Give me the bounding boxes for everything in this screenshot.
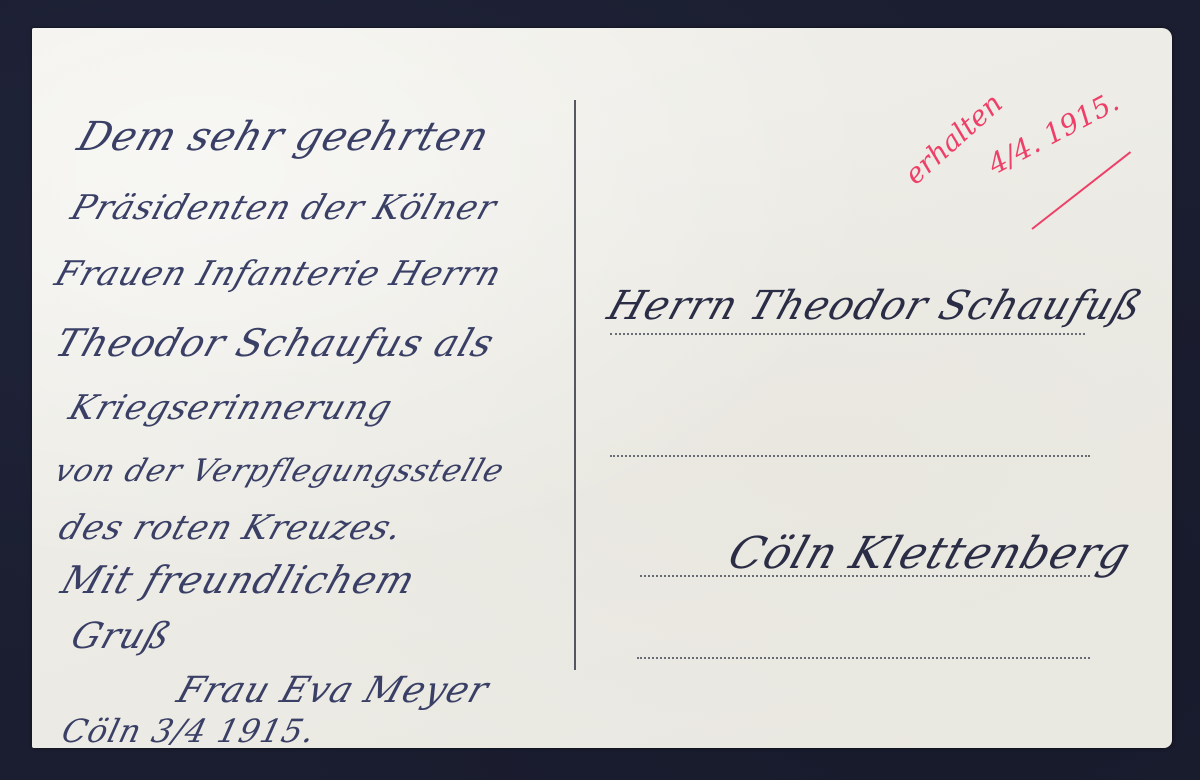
message-line: Kriegserinnerung bbox=[64, 388, 398, 428]
postcard: Dem sehr geehrten Präsidenten der Kölner… bbox=[32, 28, 1172, 748]
message-line: von der Verpflegungsstelle bbox=[50, 453, 509, 489]
message-line: Gruß bbox=[66, 616, 177, 657]
message-line: Frauen Infanterie Herrn bbox=[50, 254, 507, 294]
message-line: des roten Kreuzes. bbox=[54, 508, 408, 548]
address-dotted-line-1 bbox=[610, 333, 1085, 335]
address-city: Cöln Klettenberg bbox=[722, 528, 1137, 579]
message-line: Theodor Schaufus als bbox=[50, 321, 500, 365]
address-recipient: Herrn Theodor Schaufuß bbox=[602, 283, 1148, 329]
received-note-date: 4/4. 1915. bbox=[983, 85, 1125, 181]
message-line: Dem sehr geehrten bbox=[72, 114, 495, 160]
place-date: Cöln 3/4 1915. bbox=[58, 712, 320, 750]
address-dotted-line-2 bbox=[610, 455, 1090, 457]
postcard-divider-line bbox=[574, 100, 576, 670]
address-dotted-line-4 bbox=[637, 657, 1090, 659]
signature: Frau Eva Meyer bbox=[172, 670, 494, 711]
message-line: Präsidenten der Kölner bbox=[66, 188, 502, 228]
received-note-underline bbox=[1031, 151, 1131, 230]
message-line: Mit freundlichem bbox=[56, 558, 421, 602]
received-note-word: erhalten bbox=[898, 87, 1009, 191]
